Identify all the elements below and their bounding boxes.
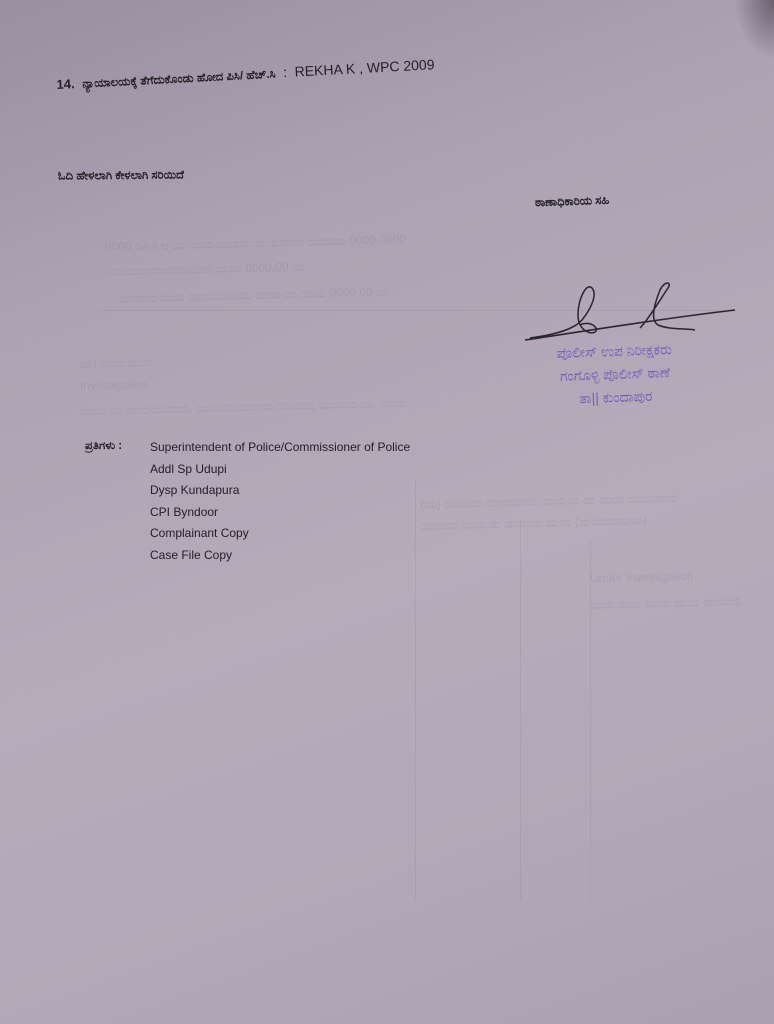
copy-recipient: Complainant Copy: [150, 526, 410, 548]
copies-label: ಪ್ರತಿಗಳು :: [85, 440, 122, 453]
stamp-line-taluk: ತಾ|| ಕುಂದಾಪುರ: [525, 383, 706, 412]
copy-recipient: Case File Copy: [150, 548, 410, 570]
item-separator: :: [283, 64, 288, 80]
item-number: 14.: [56, 76, 75, 92]
copy-recipient: Dysp Kundapura: [150, 483, 410, 505]
item-label: ನ್ಯಾಯಾಲಯಕ್ಕೆ ತೆಗೆದುಕೊಂಡು ಹೋದ ಪಿಸಿ/ ಹೆಚ್.…: [82, 69, 276, 91]
page-corner-shadow: [734, 0, 774, 60]
officer-signature-label: ಠಾಣಾಧಿಕಾರಿಯ ಸಹಿ: [535, 195, 610, 211]
item-value: REKHA K , WPC 2009: [294, 56, 435, 79]
copy-recipient: Superintendent of Police/Commissioner of…: [150, 440, 410, 462]
police-stamp: ಪೊಲೀಸ್ ಉಪ ನಿರೀಕ್ಷಕರು ಗಂಗೊಳ್ಳಿ ಪೊಲೀಸ್ ಠಾಣ…: [524, 337, 706, 412]
item-14-court-pc: 14. ನ್ಯಾಯಾಲಯಕ್ಕೆ ತೆಗೆದುಕೊಂಡು ಹೋದ ಪಿಸಿ/ ಹ…: [56, 56, 435, 93]
copy-recipient: Addl Sp Udupi: [150, 462, 410, 484]
copy-recipient: CPI Byndoor: [150, 505, 410, 527]
copies-list: Superintendent of Police/Commissioner of…: [150, 440, 410, 569]
read-confirmation: ಓದಿ ಹೇಳಲಾಗಿ ಕೇಳಲಾಗಿ ಸರಿಯಿದೆ: [58, 169, 184, 183]
